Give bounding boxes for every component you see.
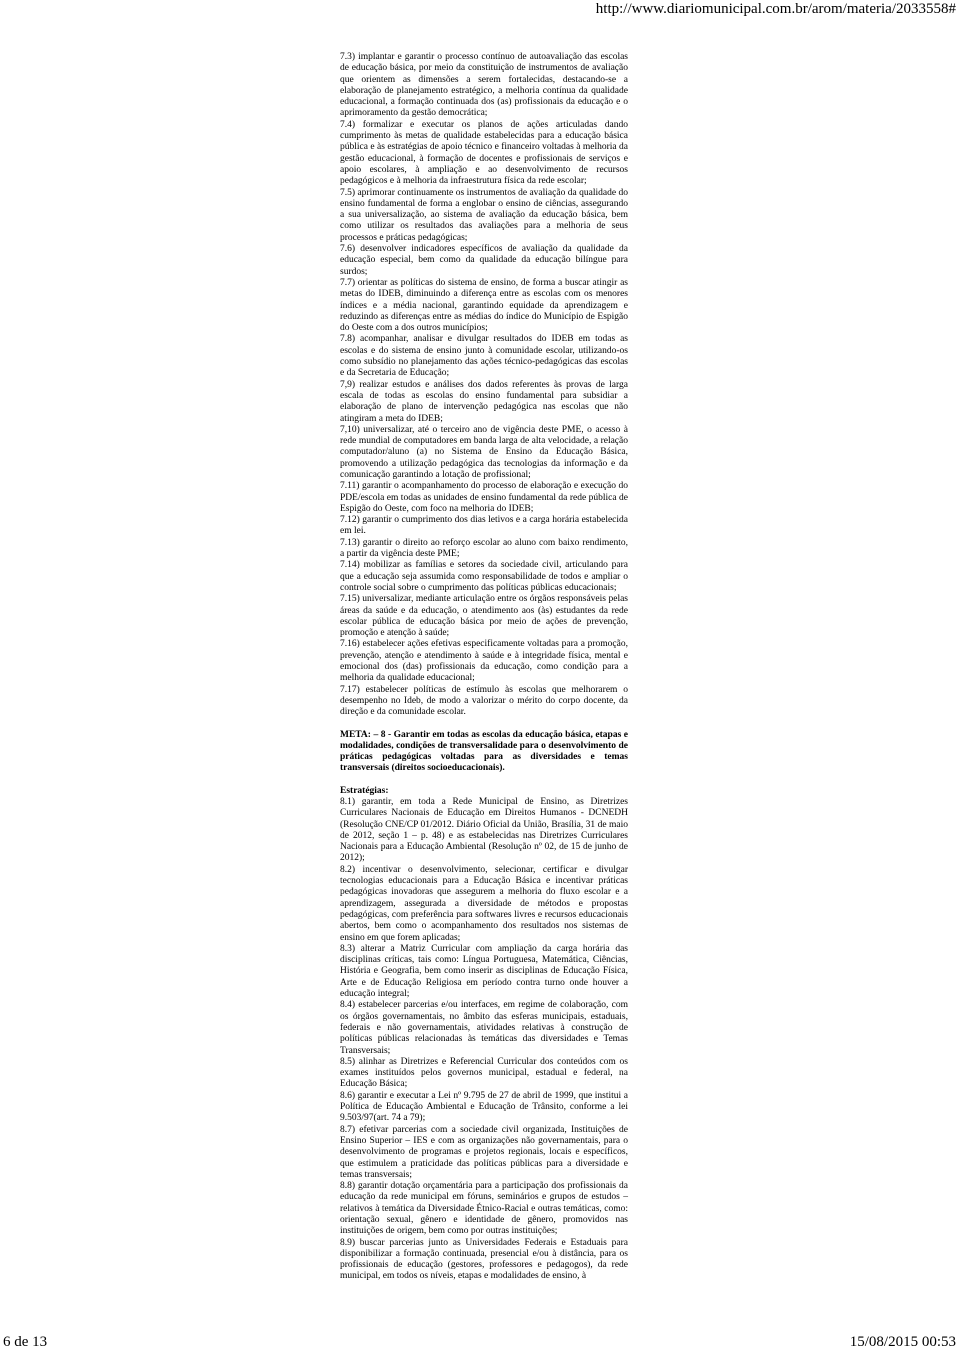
page-number: 6 de 13 [3, 1334, 47, 1351]
strategy-7-14: 7.14) mobilizar as famílias e setores da… [340, 560, 628, 594]
strategy-8-2: 8.2) incentivar o desenvolvimento, selec… [340, 865, 628, 944]
document-body: 7.3) implantar e garantir o processo con… [340, 52, 628, 1283]
page-header-url: http://www.diariomunicipal.com.br/arom/m… [0, 1, 956, 18]
strategy-7-5: 7.5) aprimorar continuamente os instrume… [340, 188, 628, 244]
strategy-8-8: 8.8) garantir dotação orçamentária para … [340, 1181, 628, 1237]
strategy-8-4: 8.4) estabelecer parcerias e/ou interfac… [340, 1000, 628, 1056]
strategy-7-9: 7,9) realizar estudos e análises dos dad… [340, 380, 628, 425]
strategy-8-9: 8.9) buscar parcerias junto as Universid… [340, 1238, 628, 1283]
strategy-7-13: 7.13) garantir o direito ao reforço esco… [340, 538, 628, 561]
strategy-7-6: 7.6) desenvolver indicadores específicos… [340, 244, 628, 278]
strategy-7-3: 7.3) implantar e garantir o processo con… [340, 52, 628, 120]
strategy-8-3: 8.3) alterar a Matriz Curricular com amp… [340, 944, 628, 1000]
strategy-8-7: 8.7) efetivar parcerias com a sociedade … [340, 1125, 628, 1181]
strategy-7-11: 7.11) garantir o acompanhamento do proce… [340, 481, 628, 515]
strategy-7-7: 7.7) orientar as políticas do sistema de… [340, 278, 628, 334]
page-footer: 6 de 13 15/08/2015 00:53 [3, 1334, 956, 1351]
strategy-8-1: 8.1) garantir, em toda a Rede Municipal … [340, 797, 628, 865]
strategy-7-12: 7.12) garantir o cumprimento dos dias le… [340, 515, 628, 538]
strategy-7-10: 7,10) universalizar, até o terceiro ano … [340, 425, 628, 481]
strategy-7-4: 7.4) formalizar e executar os planos de … [340, 120, 628, 188]
estrategias-heading: Estratégias: [340, 786, 628, 797]
print-timestamp: 15/08/2015 00:53 [850, 1334, 956, 1351]
strategy-7-17: 7.17) estabelecer políticas de estímulo … [340, 685, 628, 719]
strategy-7-15: 7.15) universalizar, mediante articulaçã… [340, 594, 628, 639]
strategy-7-8: 7.8) acompanhar, analisar e divulgar res… [340, 334, 628, 379]
strategy-8-5: 8.5) alinhar as Diretrizes e Referencial… [340, 1057, 628, 1091]
meta-8-heading: META: – 8 - Garantir em todas as escolas… [340, 730, 628, 775]
strategy-8-6: 8.6) garantir e executar a Lei nº 9.795 … [340, 1091, 628, 1125]
strategy-7-16: 7.16) estabelecer ações efetivas especif… [340, 639, 628, 684]
